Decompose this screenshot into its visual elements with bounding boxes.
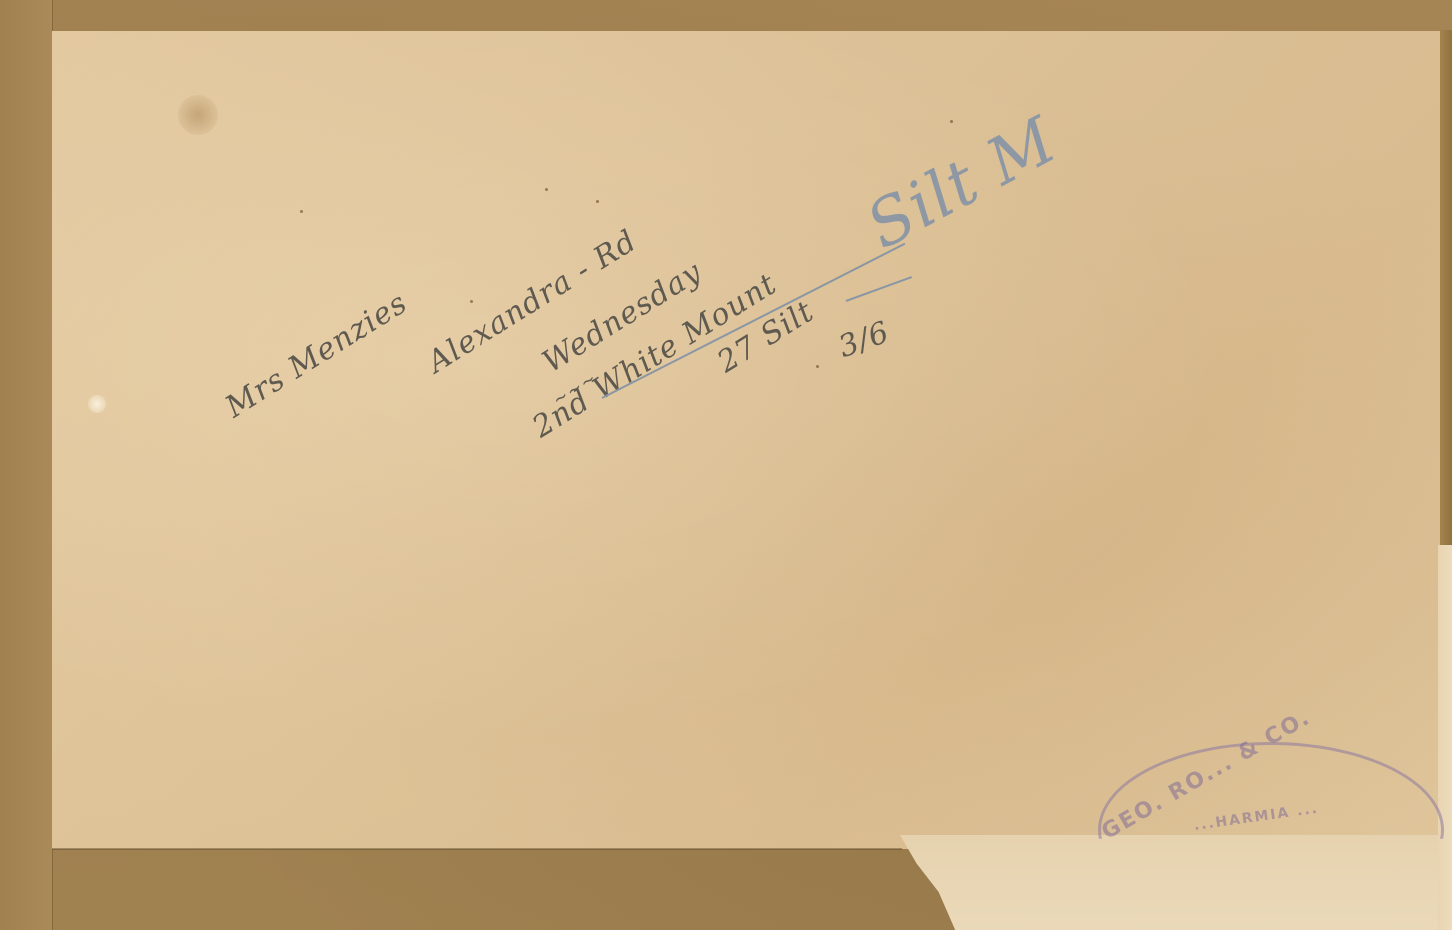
right-paper-flap: [1438, 545, 1452, 930]
speck: [545, 188, 548, 191]
mount-left-strip: [0, 0, 53, 930]
light-spot: [88, 395, 106, 413]
speck: [300, 210, 303, 213]
foxing-stain: [178, 95, 218, 135]
paper-sheet: [52, 31, 1440, 849]
speck: [596, 200, 599, 203]
speck: [950, 120, 953, 123]
paper-bottom-edge: [52, 848, 902, 850]
mount-right-strip: [1438, 30, 1452, 550]
speck: [816, 365, 819, 368]
torn-paper-flap: [900, 835, 1452, 930]
speck: [470, 300, 473, 303]
